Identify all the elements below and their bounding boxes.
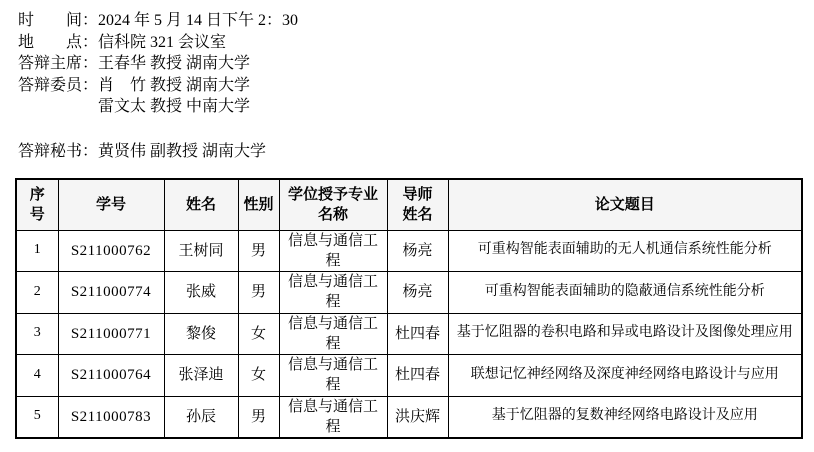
defense-secretary-line: 答辩秘书：黄贤伟 副教授 湖南大学 (18, 141, 814, 163)
cell-major: 信息与通信工 程 (279, 355, 387, 397)
cell-advisor: 杨亮 (387, 272, 448, 314)
cell-name: 张泽迪 (164, 355, 238, 397)
table-row: 4 S211000764 张泽迪 女 信息与通信工 程 杜四春 联想记忆神经网络… (16, 355, 802, 397)
table-row: 3 S211000771 黎俊 女 信息与通信工 程 杜四春 基于忆阻器的卷积电… (16, 313, 802, 355)
table-row: 2 S211000774 张威 男 信息与通信工 程 杨亮 可重构智能表面辅助的… (16, 272, 802, 314)
cell-thesis-title: 基于忆阻器的卷积电路和异或电路设计及图像处理应用 (448, 313, 802, 355)
cell-gender: 女 (238, 355, 279, 397)
col-header-thesis-title: 论文题目 (448, 179, 802, 230)
cell-major: 信息与通信工 程 (279, 396, 387, 438)
committee-member-2-line: 雷文太 教授 中南大学 (18, 96, 814, 118)
col-header-gender: 性别 (238, 179, 279, 230)
meeting-info-block: 时 间：2024 年 5 月 14 日下午 2：30 地 点：信科院 321 会… (15, 10, 814, 162)
cell-name: 黎俊 (164, 313, 238, 355)
cell-index: 2 (16, 272, 58, 314)
cell-student-id: S211000764 (58, 355, 164, 397)
cell-major: 信息与通信工 程 (279, 313, 387, 355)
table-row: 5 S211000783 孙辰 男 信息与通信工 程 洪庆辉 基于忆阻器的复数神… (16, 396, 802, 438)
committee-member-1-line: 答辩委员：肖 竹 教授 湖南大学 (18, 75, 814, 97)
cell-advisor: 杜四春 (387, 313, 448, 355)
cell-name: 孙辰 (164, 396, 238, 438)
meeting-place-line: 地 点：信科院 321 会议室 (18, 32, 814, 54)
cell-student-id: S211000762 (58, 230, 164, 272)
cell-advisor: 杜四春 (387, 355, 448, 397)
col-header-index: 序 号 (16, 179, 58, 230)
meeting-time-line: 时 间：2024 年 5 月 14 日下午 2：30 (18, 10, 814, 32)
table-header-row: 序 号 学号 姓名 性别 学位授予专业 名称 导师 姓名 论文题目 (16, 179, 802, 230)
cell-advisor: 洪庆辉 (387, 396, 448, 438)
cell-thesis-title: 可重构智能表面辅助的无人机通信系统性能分析 (448, 230, 802, 272)
cell-major: 信息与通信工 程 (279, 230, 387, 272)
defense-chair-line: 答辩主席：王春华 教授 湖南大学 (18, 53, 814, 75)
cell-index: 3 (16, 313, 58, 355)
cell-major: 信息与通信工 程 (279, 272, 387, 314)
col-header-name: 姓名 (164, 179, 238, 230)
students-table: 序 号 学号 姓名 性别 学位授予专业 名称 导师 姓名 论文题目 1 S211… (15, 178, 803, 439)
cell-advisor: 杨亮 (387, 230, 448, 272)
cell-index: 1 (16, 230, 58, 272)
cell-gender: 男 (238, 230, 279, 272)
cell-index: 5 (16, 396, 58, 438)
cell-student-id: S211000771 (58, 313, 164, 355)
cell-name: 王树同 (164, 230, 238, 272)
cell-gender: 女 (238, 313, 279, 355)
cell-student-id: S211000783 (58, 396, 164, 438)
cell-student-id: S211000774 (58, 272, 164, 314)
cell-thesis-title: 基于忆阻器的复数神经网络电路设计及应用 (448, 396, 802, 438)
cell-index: 4 (16, 355, 58, 397)
cell-thesis-title: 联想记忆神经网络及深度神经网络电路设计与应用 (448, 355, 802, 397)
cell-gender: 男 (238, 272, 279, 314)
col-header-student-id: 学号 (58, 179, 164, 230)
table-row: 1 S211000762 王树同 男 信息与通信工 程 杨亮 可重构智能表面辅助… (16, 230, 802, 272)
cell-thesis-title: 可重构智能表面辅助的隐蔽通信系统性能分析 (448, 272, 802, 314)
cell-gender: 男 (238, 396, 279, 438)
col-header-major: 学位授予专业 名称 (279, 179, 387, 230)
cell-name: 张威 (164, 272, 238, 314)
defense-schedule-document: 时 间：2024 年 5 月 14 日下午 2：30 地 点：信科院 321 会… (0, 0, 814, 439)
col-header-advisor: 导师 姓名 (387, 179, 448, 230)
